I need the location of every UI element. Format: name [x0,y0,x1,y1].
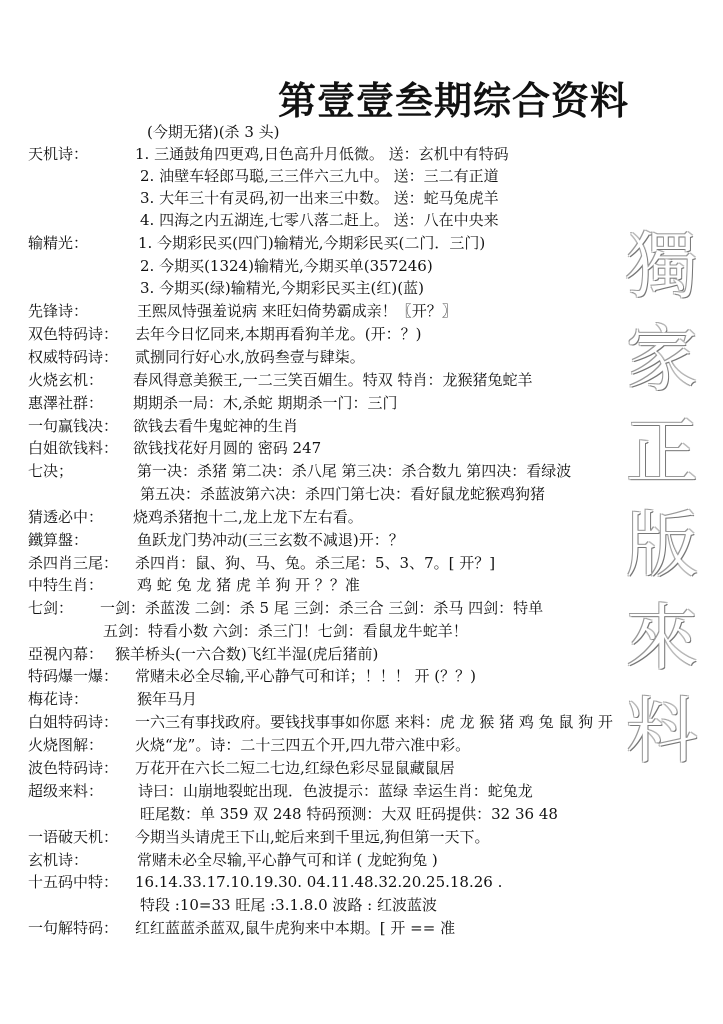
label-yijuyingqian: 一句赢钱决： [28,415,118,437]
label-tianji: 天机诗： [28,143,88,165]
tiesuanpan-text: 鱼跃龙门势冲动(三三玄数不减退)开：？ [137,529,404,551]
bose-text: 万花开在六长二短二七边,红绿色彩尽显鼠藏鼠居 [135,757,455,779]
watermark-char: 來 [626,592,698,685]
label-quanwei: 权威特码诗： [28,346,118,368]
label-shiwuma: 十五码中特： [28,871,118,893]
tianji-line-2: 2. 油壁车轻郎马聪,三三伴六三九中。 送：三二有正道 [140,165,499,187]
temabao-text: 常赌未必全尽输,平心静气可和详；！！！ 开 (？？) [135,665,476,687]
label-qijue: 七决； [28,460,73,482]
tianji-line-4: 4. 四海之内五湖连,七零八落二赶上。 送：八在中央来 [140,209,499,231]
watermark-exclusive-genuine: 獨 家 正 版 來 料 [612,220,712,778]
label-huoshao: 火烧玄机： [28,369,103,391]
tianji-line-1: 1. 三通鼓角四更鸡,日色高升月低微。 送：玄机中有特码 [135,143,509,165]
shiwuma-line-1: 16.14.33.17.10.19.30. 04.11.48.32.20.25.… [135,871,502,893]
huize-text: 期期杀一局：木,杀蛇 期期杀一门：三门 [133,392,398,414]
baiqiete-text: 一六三有事找政府。要钱找事事如你愿 来料：虎 龙 猴 猪 鸡 兔 鼠 狗 开 [135,711,613,733]
shujingguang-line-1: 1. 今期彩民买(四门)输精光,今期彩民买(二门．三门) [138,232,485,254]
label-bose: 波色特码诗： [28,757,118,779]
quanwei-text: 贰捌同行好心水,放码叁壹与肆柒。 [135,346,365,368]
label-xuanji: 玄机诗： [28,849,88,871]
label-huize: 惠澤社群： [28,392,103,414]
label-chaoji: 超级来料： [28,780,103,802]
zhongte-text: 鸡 蛇 兔 龙 猪 虎 羊 狗 开 ？？准 [137,574,360,596]
label-baiqiete: 白姐特码诗： [28,711,118,733]
shiwuma-line-2: 特段 :10=33 旺尾 :3.1.8.0 波路 : 红波蓝波 [140,894,437,916]
subtitle: (今期无猪)(杀 3 头) [147,121,280,143]
page-title: 第壹壹叁期综合资料 [278,70,629,125]
label-xianfeng: 先锋诗： [28,300,88,322]
label-shasixiao: 杀四肖三尾： [28,552,118,574]
shuangse-text: 去年今日忆同来,本期再看狗羊龙。(开：？) [135,323,421,345]
label-yashi: 亞視內幕： [28,643,103,665]
baiqie-text: 欲钱找花好月圆的 密码 247 [133,437,321,459]
watermark-char: 正 [626,406,698,499]
chaoji-line-2: 旺尾数：单 359 双 248 特码预测：大双 旺码提供：32 36 48 [140,803,558,825]
huoshao-text: 春风得意美猴王,一二三笑百媚生。特双 特肖：龙猴猪兔蛇羊 [133,369,533,391]
qijue-line-2: 第五决：杀蓝波第六决：杀四门第七决：看好鼠龙蛇猴鸡狗猪 [140,483,545,505]
label-yijujie: 一句解特码： [28,917,118,939]
yiyu-text: 今期当头请虎王下山,蛇后来到千里远,狗但第一天下。 [135,826,490,848]
yijujie-text: 红红蓝蓝杀蓝双,鼠牛虎狗来中本期。[ 开 == 准 [135,917,455,939]
tianji-line-3: 3. 大年三十有灵码,初一出来三中数。 送：蛇马兔虎羊 [140,187,499,209]
shasixiao-text: 杀四肖：鼠、狗、马、兔。杀三尾：5、3、7。[ 开？] [135,552,495,574]
label-temabao: 特码爆一爆： [28,665,118,687]
label-huoshaotujie: 火烧图解： [28,734,103,756]
label-caitou: 猜透必中： [28,506,103,528]
label-meihua: 梅花诗： [28,688,88,710]
qijian-line-1: 一剑：杀蓝泼 二剑：杀 5 尾 三剑：杀三合 三剑：杀马 四剑：特单 [100,597,543,619]
watermark-char: 料 [626,685,698,778]
xuanji-text: 常赌未必全尽输,平心静气可和详 ( 龙蛇狗兔 ) [137,849,438,871]
caitou-text: 烧鸡杀猪抱十二,龙上龙下左右看。 [133,506,363,528]
chaoji-line-1: 诗曰：山崩地裂蛇出现．色波提示：蓝绿 幸运生肖：蛇兔龙 [138,780,533,802]
label-yiyu: 一语破天机： [28,826,118,848]
xianfeng-text: 王熙凤恃强羞说病 来旺妇倚势霸成亲！〖开？〗 [137,300,457,322]
shujingguang-line-2: 2. 今期买(1324)输精光,今期买单(357246) [140,255,433,277]
label-tiesuanpan: 鐵算盤： [28,529,88,551]
qijue-line-1: 第一决：杀猪 第二决：杀八尾 第三决：杀合数九 第四决：看绿波 [137,460,571,482]
label-baiqie: 白姐欲钱料： [28,437,118,459]
watermark-char: 獨 [626,220,698,313]
label-shuangse: 双色特码诗： [28,323,118,345]
yashi-text: 猴羊桥头(一六合数)飞红半湿(虎后猪前) [115,643,378,665]
qijian-line-2: 五剑：特看小数 六剑：杀三门！七剑：看鼠龙牛蛇羊！ [103,620,468,642]
watermark-char: 版 [626,499,698,592]
label-zhongte: 中特生肖： [28,574,103,596]
shujingguang-line-3: 3. 今期买(绿)输精光,今期彩民买主(红)(蓝) [140,277,424,299]
label-shujingguang: 输精光： [28,232,88,254]
huoshaotujie-text: 火烧“龙”。诗：二十三四五个开,四九带六准中彩。 [135,734,470,756]
meihua-text: 猴年马月 [137,688,197,710]
label-qijian: 七剑： [28,597,73,619]
watermark-char: 家 [626,313,698,406]
yijuyingqian-text: 欲钱去看牛鬼蛇神的生肖 [133,415,298,437]
